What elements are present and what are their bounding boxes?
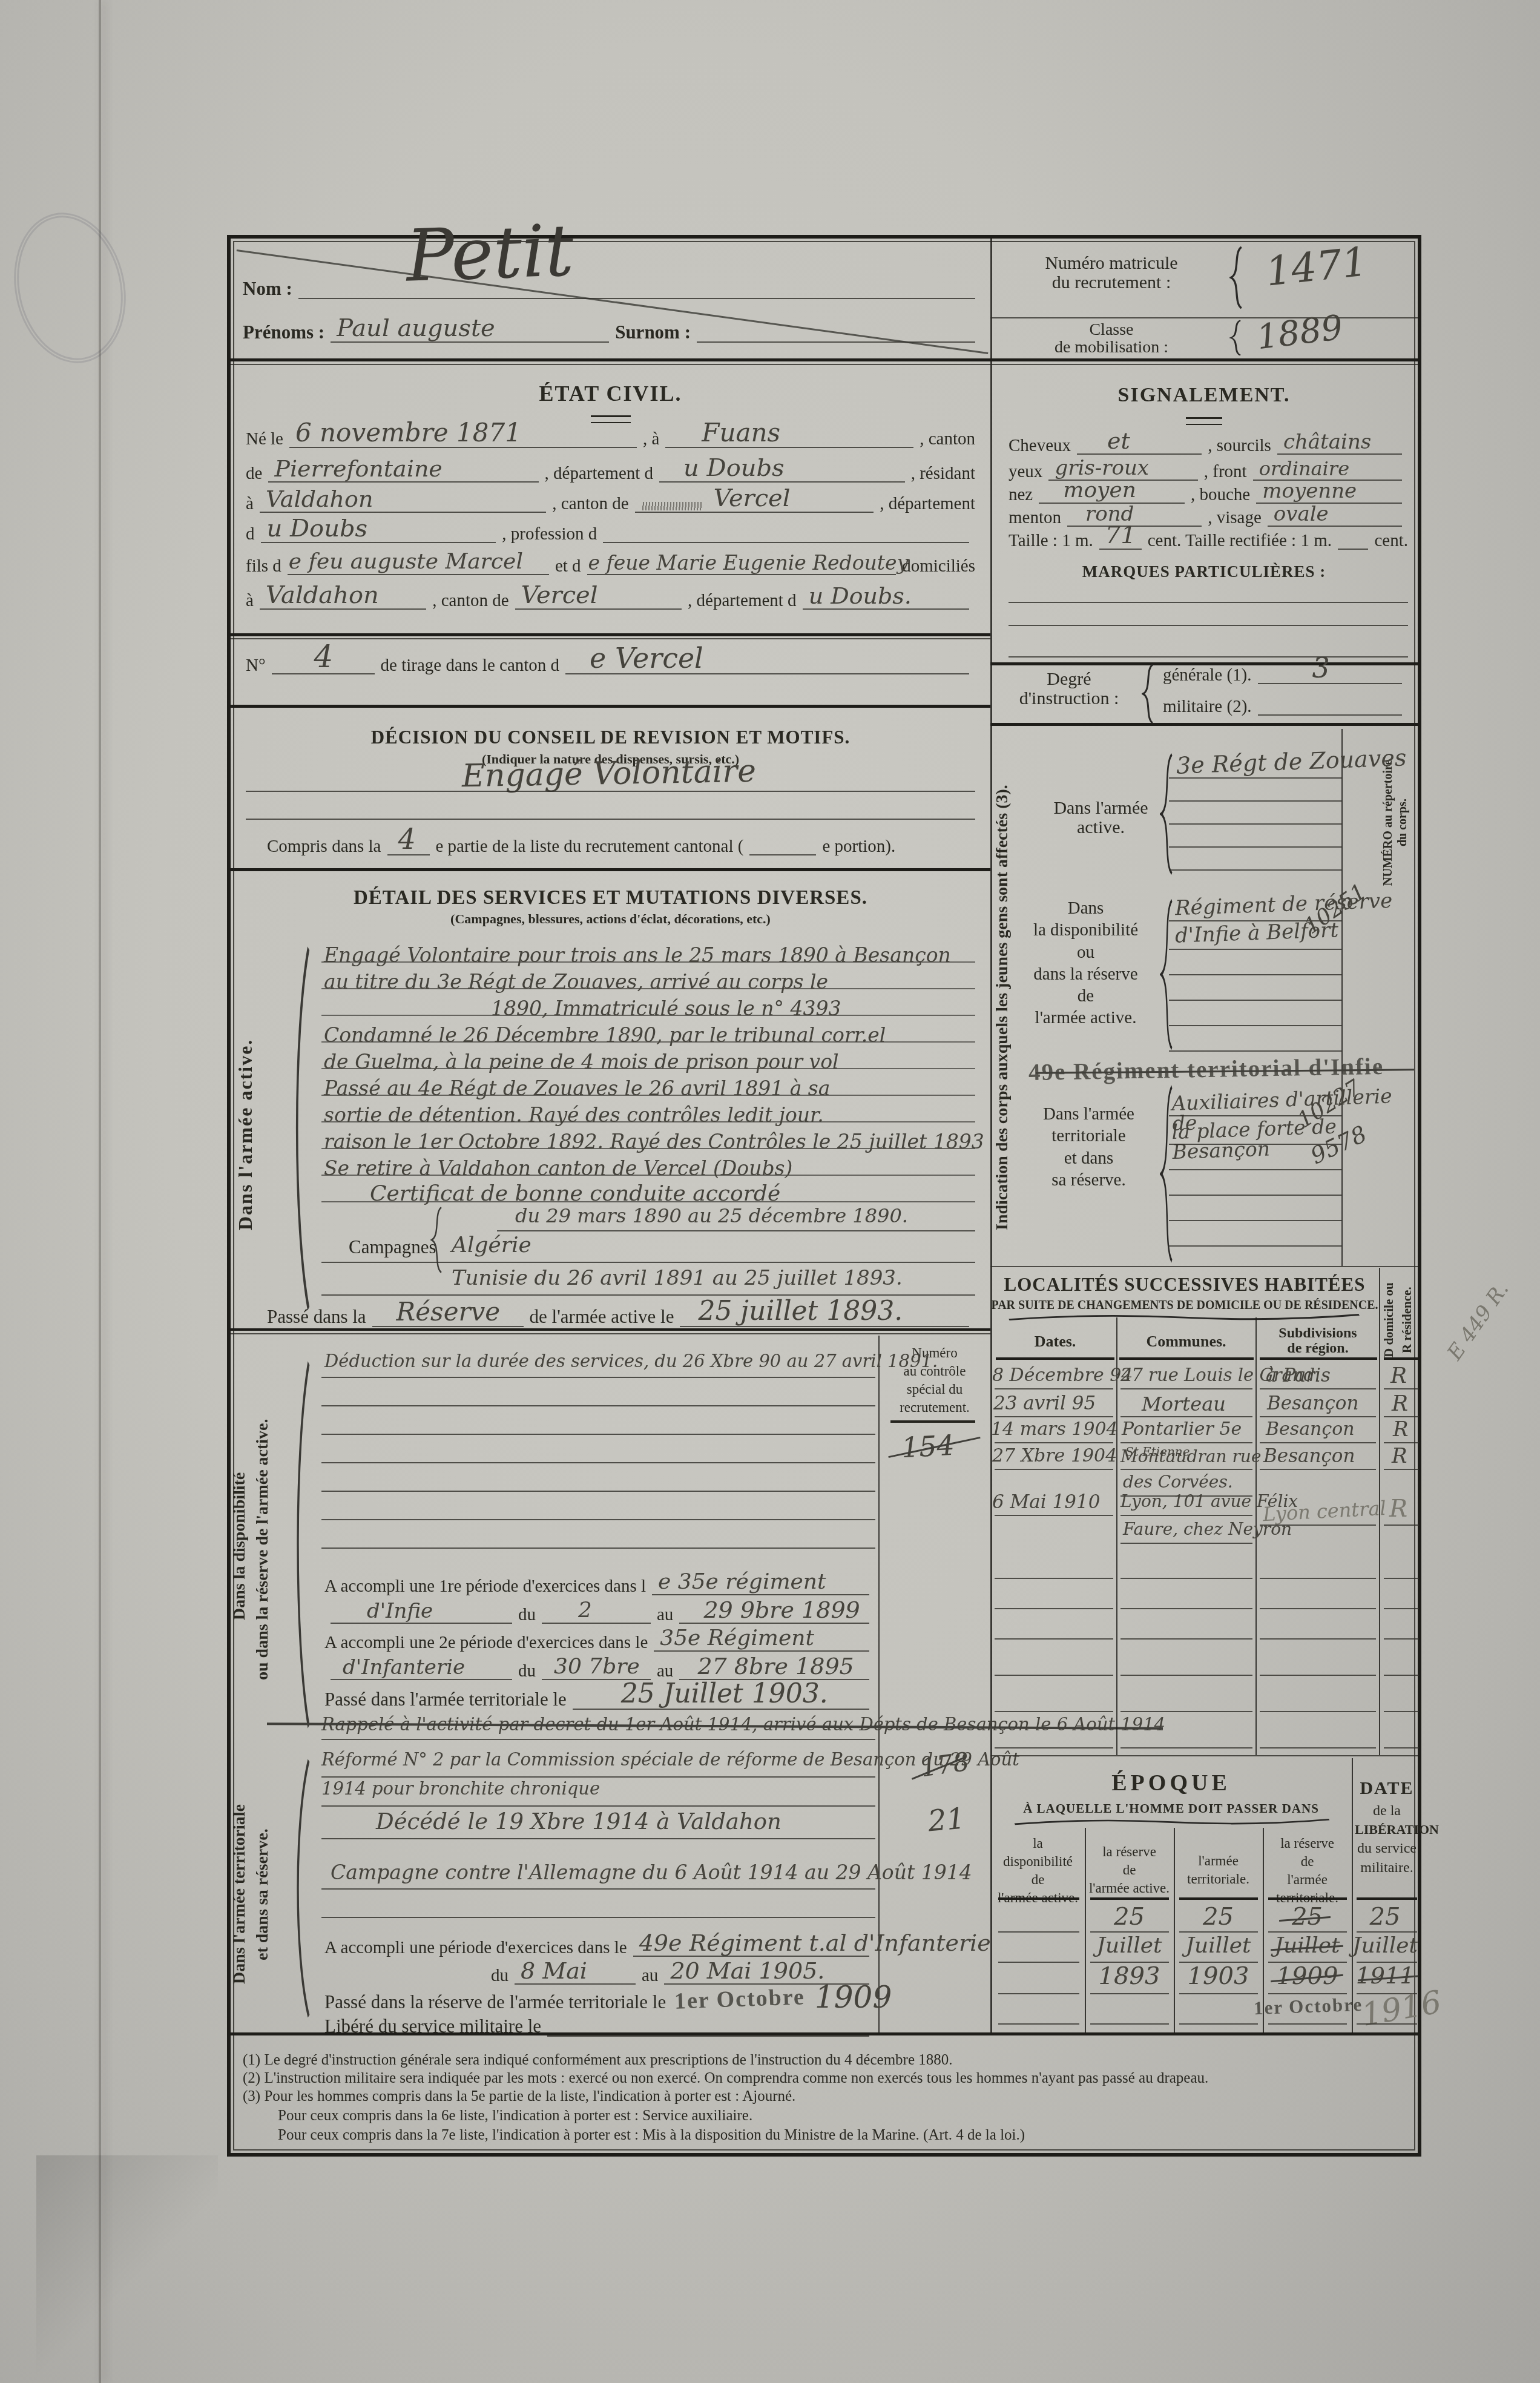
matricule-brace bbox=[1229, 246, 1243, 309]
localites-col-dates: Dates. bbox=[995, 1333, 1116, 1350]
loc-r5-dr-ul bbox=[1384, 1524, 1419, 1526]
armee-active-value: 3e Régt de Zouaves bbox=[1176, 746, 1406, 777]
canton1-label: , canton bbox=[920, 430, 975, 448]
date-h0: DATE bbox=[1355, 1776, 1419, 1801]
etat-civil-bottom-rule2 bbox=[231, 638, 990, 639]
periode49b-du: du bbox=[491, 1966, 508, 1985]
passe-terr-line: 25 Juillet 1903. bbox=[573, 1709, 869, 1710]
margin-21: 21 bbox=[927, 1804, 966, 1836]
localites-head-rule-1 bbox=[996, 1357, 1114, 1360]
compris-line: 4 bbox=[387, 854, 430, 855]
aa-line4 bbox=[1169, 846, 1341, 848]
sig-row3: nez moyen , bouche moyenne bbox=[1009, 484, 1408, 504]
degre-l2: d'instruction : bbox=[1002, 689, 1136, 708]
sourcils: châtains bbox=[1283, 432, 1371, 452]
bouche: moyenne bbox=[1262, 481, 1357, 501]
c2h0: la réserve bbox=[1088, 1843, 1171, 1861]
loc-blank bbox=[1384, 1711, 1419, 1712]
header-bottom-rule2 bbox=[231, 364, 1418, 365]
classe-label-l1: Classe bbox=[999, 321, 1223, 338]
loc-r3-subdiv-ul bbox=[1260, 1442, 1376, 1443]
service-line: sortie de détention. Rayé des contrôles … bbox=[321, 1095, 975, 1122]
taille: 71 bbox=[1105, 523, 1136, 547]
domicile-line: Valdahon bbox=[260, 608, 426, 610]
periode2-label: A accompli une 2e période d'exercices da… bbox=[324, 1633, 648, 1652]
canton-l2: , canton de bbox=[552, 495, 628, 513]
corps-side-label: Indication des corps auxquels les jeunes… bbox=[993, 753, 1018, 1262]
etat-civil-title-dash bbox=[591, 415, 631, 423]
periode49-line: 49e Régiment t.al d'Infanterie bbox=[633, 1956, 869, 1957]
loc-r5-subdiv-ul bbox=[1260, 1524, 1376, 1526]
campagnes-dates1: du 29 mars 1890 au 25 décembre 1890. bbox=[515, 1206, 908, 1225]
ne-le-label: Né le bbox=[246, 430, 283, 448]
loc-r4-date-ul bbox=[995, 1469, 1113, 1470]
degre-bottom-rule bbox=[990, 723, 1418, 726]
loc-r3-subdiv: Besançon bbox=[1266, 1420, 1355, 1439]
numero-side-label: NUMÉRO au répertoire du corps. bbox=[1381, 756, 1414, 889]
periode2b-corps-line: d'Infanterie bbox=[331, 1679, 512, 1680]
service-line: Se retire à Valdahon canton de Vercel (D… bbox=[321, 1148, 975, 1176]
epoque-date-divider bbox=[1352, 1758, 1353, 2032]
terr-side-label-2: et dans sa réserve. bbox=[254, 1764, 277, 2025]
periode2b-d1: 30 7bre bbox=[554, 1656, 640, 1678]
prenoms-label: Prénoms : bbox=[243, 323, 324, 343]
sig-row1: Cheveux et , sourcils châtains bbox=[1009, 435, 1408, 455]
periode2b-du: du bbox=[518, 1662, 536, 1680]
tirage-no-label: N° bbox=[246, 656, 266, 674]
menton-label: menton bbox=[1009, 509, 1061, 527]
ec-row6: à Valdahon , canton de Vercel , départem… bbox=[246, 589, 975, 610]
periode2b-row: d'Infanterie du 30 7bre au 27 8bre 1895 bbox=[324, 1658, 875, 1680]
periode49b-d1-line: 8 Mai bbox=[515, 1983, 636, 1985]
c2h2: l'armée active. bbox=[1088, 1879, 1171, 1897]
ec-row2: de Pierrefontaine , département d u Doub… bbox=[246, 462, 975, 483]
periode49b-d2: 20 Mai 1905. bbox=[670, 1959, 824, 1982]
degre-l1: Degré bbox=[1002, 670, 1136, 689]
compris-n: 4 bbox=[398, 825, 416, 853]
commune-res: Valdahon bbox=[266, 487, 373, 510]
dispo-side-label-2: ou dans la réserve de l'armée active. bbox=[254, 1362, 277, 1737]
d1-label: d bbox=[246, 525, 255, 543]
terr-label: Dans l'armée territoriale et dans sa rés… bbox=[1024, 1103, 1154, 1191]
page-fold-line bbox=[99, 0, 101, 2383]
epoque-title: ÉPOQUE bbox=[990, 1772, 1352, 1796]
c1h1: disponibilité bbox=[995, 1853, 1081, 1871]
ep-c3-v2: 1903 bbox=[1177, 1964, 1260, 1988]
marques-line2 bbox=[1009, 625, 1408, 626]
dept3-line: u Doubs. bbox=[803, 608, 969, 610]
campagnes-dates1-line bbox=[497, 1230, 975, 1231]
loc-r2-subdiv-ul bbox=[1260, 1416, 1376, 1417]
marques-line1 bbox=[1009, 602, 1408, 603]
etat-civil-bottom-rule bbox=[231, 633, 990, 636]
ep-ul bbox=[1090, 1993, 1169, 1994]
c2h1: de bbox=[1088, 1861, 1171, 1879]
loc-blank bbox=[995, 1578, 1113, 1579]
content-bottom-rule bbox=[231, 2032, 1418, 2035]
surnom-label: Surnom : bbox=[615, 323, 691, 343]
c3h1: territoriale. bbox=[1177, 1870, 1260, 1888]
localites-top-rule bbox=[990, 1266, 1418, 1267]
ep-ul bbox=[1179, 1931, 1258, 1933]
aa-line2 bbox=[1169, 800, 1341, 802]
controle-label-rule bbox=[890, 1420, 975, 1423]
periode49-label: A accompli une période d'exercices dans … bbox=[324, 1939, 627, 1957]
loc-r4-date: 27 Xbre 1904 bbox=[992, 1447, 1117, 1465]
loc-blank bbox=[1384, 1638, 1419, 1640]
localites-col-sub2: de région. bbox=[1258, 1341, 1378, 1356]
decision-title: DÉCISION DU CONSEIL DE REVISION ET MOTIF… bbox=[231, 728, 990, 748]
dispo-l5: de bbox=[1018, 985, 1154, 1007]
matricule-label-l2: du recrutement : bbox=[999, 273, 1223, 292]
terr-l2: territoriale bbox=[1024, 1125, 1154, 1147]
dispo-big-brace bbox=[291, 1356, 312, 1734]
campagne-tunisie: Tunisie du 26 avril 1891 au 25 juillet 1… bbox=[452, 1268, 903, 1288]
reforme-ul1 bbox=[321, 1776, 875, 1778]
dispo-blank-2 bbox=[321, 1434, 875, 1435]
loc-blank bbox=[1384, 1747, 1419, 1749]
militaire-label: militaire (2). bbox=[1163, 697, 1252, 716]
compris-row: Compris dans la 4 e partie de la liste d… bbox=[267, 835, 957, 855]
decede-line bbox=[321, 1838, 875, 1839]
front-label: , front bbox=[1204, 463, 1247, 481]
periode1b-du: du bbox=[518, 1606, 536, 1624]
loc-r2-commune-ul bbox=[1120, 1416, 1252, 1417]
ep-d-v1: Juillet bbox=[1352, 1935, 1418, 1957]
numero-strip-divider bbox=[1341, 729, 1343, 1266]
ep-ul bbox=[1090, 1931, 1169, 1933]
loc-r2-subdiv: Besançon bbox=[1267, 1394, 1358, 1413]
periode49-value: 49e Régiment t.al d'Infanterie bbox=[639, 1931, 991, 1954]
loc-blank bbox=[1120, 1638, 1252, 1640]
classe-label: Classe de mobilisation : bbox=[999, 321, 1223, 357]
epoque-div1 bbox=[1085, 1828, 1086, 2032]
loc-blank bbox=[1260, 1578, 1376, 1579]
sig-row5: Taille : 1 m. 71 cent. Taille rectifiée … bbox=[1009, 530, 1408, 550]
decision-line1 bbox=[246, 791, 975, 792]
epoque-head-rule-5 bbox=[1357, 1897, 1417, 1900]
passe-reserve-value: Réserve bbox=[397, 1299, 501, 1325]
periode1-value: e 35e régiment bbox=[658, 1571, 826, 1593]
reforme-line2: 1914 pour bronchite chronique bbox=[321, 1780, 600, 1798]
loc-blank bbox=[1120, 1675, 1252, 1676]
degre-brace bbox=[1142, 664, 1154, 724]
date-h3: du service bbox=[1355, 1839, 1419, 1858]
localites-col-communes: Communes. bbox=[1118, 1333, 1254, 1350]
services-brace bbox=[290, 941, 312, 1316]
loc-blank bbox=[1120, 1608, 1252, 1609]
ep-c2-v1: Juillet bbox=[1088, 1935, 1171, 1957]
loc-r4-subdiv-ul bbox=[1260, 1469, 1376, 1470]
loc-blank bbox=[995, 1675, 1113, 1676]
dept2: u Doubs bbox=[267, 516, 368, 541]
ne-lieu-line: Fuans bbox=[665, 447, 913, 448]
services-subtitle: (Campagnes, blessures, actions d'éclat, … bbox=[231, 912, 990, 926]
c3h0: l'armée bbox=[1177, 1852, 1260, 1870]
loc-r5-subdiv: Lyon central bbox=[1262, 1498, 1386, 1524]
loc-r5-commune2-ul bbox=[1120, 1543, 1252, 1544]
ep-ul bbox=[1357, 1931, 1417, 1933]
service-line: raison le 1er Octobre 1892. Rayé des Con… bbox=[321, 1121, 975, 1149]
terr-line6 bbox=[1169, 1245, 1341, 1247]
pere-line: e feu auguste Marcel bbox=[288, 574, 549, 575]
ep-ul bbox=[998, 1962, 1079, 1963]
periode1b-au: au bbox=[657, 1606, 673, 1624]
periode1b-corps-line: d'Infie bbox=[331, 1623, 512, 1624]
epoque-top-rule bbox=[990, 1755, 1418, 1756]
periode1-line: e 35e régiment bbox=[652, 1594, 869, 1595]
a3-label: à bbox=[246, 592, 254, 610]
loc-r5-date: 6 Mai 1910 bbox=[992, 1493, 1100, 1512]
epoque-flourish bbox=[1012, 1818, 1332, 1825]
localites-col-subdiv: Subdivisions de région. bbox=[1258, 1326, 1378, 1356]
ne-date-line: 6 novembre 1871 bbox=[289, 447, 637, 448]
sourcils-label: , sourcils bbox=[1208, 437, 1271, 455]
tirage-no-line: 4 bbox=[272, 673, 375, 674]
loc-r1-date-ul bbox=[995, 1388, 1113, 1389]
dispo-l3: ou bbox=[1018, 941, 1154, 963]
passe-reserve-line: Réserve bbox=[372, 1326, 524, 1327]
loc-r4-commune: Montaudran rue bbox=[1120, 1448, 1261, 1465]
epoque-col4-header: la réserve de l'armée territoriale. bbox=[1266, 1834, 1349, 1907]
loc-r2-commune: Morteau bbox=[1142, 1394, 1226, 1414]
loc-blank bbox=[1260, 1638, 1376, 1640]
dispo-label: Dans la disponibilité ou dans la réserve… bbox=[1018, 897, 1154, 1029]
name-handwritten: Petit bbox=[405, 214, 574, 292]
periode1-label: A accompli une 1re période d'exercices d… bbox=[324, 1577, 646, 1595]
ep-ul bbox=[1090, 2023, 1169, 2025]
loc-r1-commune-ul bbox=[1120, 1388, 1252, 1389]
marques-line3 bbox=[1009, 656, 1408, 658]
dept-l1: , département d bbox=[545, 464, 654, 483]
canton-orig-line: Pierrefontaine bbox=[268, 481, 538, 483]
passe-l2: de l'armée active le bbox=[530, 1307, 674, 1327]
libere-line bbox=[547, 2035, 869, 2037]
service-line: Condamné le 26 Décembre 1890, par le tri… bbox=[321, 1015, 975, 1043]
dispo-blank-5 bbox=[321, 1519, 875, 1520]
dispo-blank-4 bbox=[321, 1491, 875, 1492]
date-h2: LIBÉRATION bbox=[1355, 1821, 1419, 1839]
periode1-row: A accompli une 1re période d'exercices d… bbox=[324, 1574, 875, 1595]
terr-brace bbox=[1160, 1083, 1173, 1265]
periode2b-corps: d'Infanterie bbox=[343, 1657, 465, 1678]
form-sheet: Petit Nom : Prénoms : Paul auguste Surno… bbox=[227, 235, 1421, 2157]
terr-big-brace bbox=[291, 1755, 312, 2022]
matricule-value: 1471 bbox=[1264, 242, 1369, 292]
localites-head-rule-2 bbox=[1119, 1357, 1254, 1360]
periode2b-d2: 27 8bre 1895 bbox=[697, 1655, 854, 1678]
generale-label: générale (1). bbox=[1163, 666, 1252, 684]
periode2-value: 35e Régiment bbox=[660, 1627, 814, 1649]
fils-label: fils d bbox=[246, 557, 281, 575]
controle-value: 154 bbox=[901, 1431, 955, 1462]
services-side-label: Dans l'armée active. bbox=[235, 953, 261, 1316]
matricule-classe-divider bbox=[990, 317, 1418, 318]
loc-blank bbox=[1260, 1675, 1376, 1676]
loc-r4-commune-ul bbox=[1120, 1469, 1252, 1470]
ep-ul bbox=[998, 1993, 1079, 1994]
crossed-word bbox=[641, 502, 702, 510]
dispo-l2: la disponibilité bbox=[1018, 919, 1154, 941]
passe-l1: Passé dans la bbox=[267, 1307, 366, 1327]
compris-l3: e portion). bbox=[822, 837, 895, 855]
loc-r2-dr: R bbox=[1392, 1393, 1408, 1415]
dispo-blank-3 bbox=[321, 1462, 875, 1463]
reserve-terr-year: 1909 bbox=[815, 1982, 892, 2012]
loc-r1-date: 8 Décembre 94 bbox=[992, 1366, 1133, 1385]
localites-col-dr1: D domicile ou bbox=[1382, 1271, 1400, 1368]
ep-ul bbox=[1268, 1931, 1347, 1933]
periode1b-d2: 29 9bre 1899 bbox=[703, 1598, 860, 1621]
yeux: gris-roux bbox=[1055, 458, 1149, 478]
dispo-l4: dans la réserve bbox=[1018, 963, 1154, 985]
loc-r4-dr: R bbox=[1392, 1446, 1407, 1466]
decision-line2 bbox=[246, 819, 975, 820]
compris-l2: e partie de la liste du recrutement cant… bbox=[436, 837, 744, 855]
terr-line5 bbox=[1169, 1220, 1341, 1221]
loc-blank bbox=[1260, 1747, 1376, 1749]
loc-r3-dr: R bbox=[1393, 1419, 1409, 1440]
signalement-title-dash bbox=[1186, 417, 1222, 425]
ep-c4-v0: 25 bbox=[1266, 1905, 1349, 1929]
localites-flourish bbox=[1005, 1313, 1363, 1321]
service-text-9: Certificat de bonne conduite accordé bbox=[370, 1183, 780, 1205]
periode1b-d2-line: 29 9bre 1899 bbox=[679, 1623, 869, 1624]
ec-row5: fils d e feu auguste Marcel et d e feue … bbox=[246, 555, 975, 575]
dept3: u Doubs. bbox=[809, 584, 912, 607]
loc-r4-subdiv: Besançon bbox=[1263, 1447, 1355, 1466]
controle-l4: recrutement. bbox=[883, 1399, 986, 1417]
loc-r1-dr: R bbox=[1390, 1365, 1407, 1387]
reserve-terr-stamp: 1er Octobre bbox=[674, 1983, 805, 2015]
nom-label: Nom : bbox=[243, 279, 292, 299]
controle-l3: spécial du bbox=[883, 1380, 986, 1399]
ep-c2-v2: 1893 bbox=[1088, 1964, 1171, 1988]
et-label: et d bbox=[555, 557, 581, 575]
epoque-col2-header: la réserve de l'armée active. bbox=[1088, 1843, 1171, 1897]
passe-date: 25 juillet 1893. bbox=[698, 1298, 903, 1325]
armee-active-brace bbox=[1160, 752, 1173, 876]
loc-r2-date-ul bbox=[995, 1416, 1113, 1417]
periode1b-row: d'Infie du 2 au 29 9bre 1899 bbox=[324, 1602, 875, 1624]
pere-value: e feu auguste Marcel bbox=[289, 551, 523, 573]
degre-militaire-row: militaire (2). bbox=[1163, 697, 1408, 716]
a1-label: , à bbox=[643, 430, 659, 448]
c4h2: l'armée bbox=[1266, 1871, 1349, 1889]
commune-res-line: Valdahon bbox=[260, 512, 546, 513]
services-bottom-rule2 bbox=[231, 1333, 990, 1334]
margin-note: E 449 R. bbox=[1444, 1279, 1513, 1364]
canton3-line: Vercel bbox=[515, 608, 682, 610]
loc-blank bbox=[1120, 1747, 1252, 1749]
taille-rect-line bbox=[1338, 549, 1369, 550]
dept-l2: , département bbox=[880, 495, 975, 513]
dispo-blank-1 bbox=[321, 1405, 875, 1406]
loc-blank bbox=[1120, 1711, 1252, 1712]
profession-label: , profession d bbox=[502, 525, 597, 543]
corner-fold-shadow bbox=[36, 2155, 218, 2383]
epoque-col1-header: la disponibilité de l'armée active. bbox=[995, 1834, 1081, 1907]
campagnes-brace bbox=[430, 1206, 443, 1274]
domicilies-label: domiciliés bbox=[902, 557, 975, 575]
ep-c2-v0: 25 bbox=[1088, 1905, 1171, 1929]
ne-lieu: Fuans bbox=[702, 420, 780, 446]
nez: moyen bbox=[1063, 480, 1136, 501]
date-h4: militaire. bbox=[1355, 1858, 1419, 1877]
service-line: Engagé Volontaire pour trois ans le 25 m… bbox=[321, 935, 975, 963]
periode49-row: A accompli une période d'exercices dans … bbox=[324, 1934, 875, 1957]
terr-line3 bbox=[1169, 1169, 1341, 1170]
ep-ul bbox=[998, 1931, 1079, 1933]
compris-l1: Compris dans la bbox=[267, 837, 381, 855]
loc-blank bbox=[1260, 1711, 1376, 1712]
compris-portion-line bbox=[749, 854, 816, 855]
footnote-5: Pour ceux compris dans la 7e liste, l'in… bbox=[278, 2128, 1410, 2143]
loc-blank bbox=[995, 1747, 1113, 1749]
epoque-head-rule-3 bbox=[1179, 1897, 1258, 1900]
visage-line: ovale bbox=[1268, 526, 1402, 527]
services-bottom-rule bbox=[231, 1328, 990, 1331]
loc-r5-dr: R bbox=[1389, 1497, 1407, 1521]
nez-label: nez bbox=[1009, 486, 1033, 504]
loc-blank bbox=[1120, 1578, 1252, 1579]
localites-head-rule-4 bbox=[1384, 1357, 1418, 1360]
loc-r3-commune: Pontarlier 5e bbox=[1122, 1420, 1242, 1439]
classe-value: 1889 bbox=[1255, 311, 1344, 355]
degre-label: Degré d'instruction : bbox=[1002, 670, 1136, 708]
reserve-terr-row: Passé dans la réserve de l'armée territo… bbox=[324, 1988, 875, 2012]
tirage-bottom-rule bbox=[231, 705, 990, 708]
dispo-l1: Dans bbox=[1018, 897, 1154, 919]
c4h0: la réserve bbox=[1266, 1834, 1349, 1853]
tirage-canton-line: e Vercel bbox=[565, 673, 969, 674]
tirage-canton: e Vercel bbox=[590, 644, 703, 672]
epoque-col3-header: l'armée territoriale. bbox=[1177, 1852, 1260, 1888]
terr-l1: Dans l'armée bbox=[1024, 1103, 1154, 1125]
ec-row1: Né le 6 novembre 1871 , à Fuans , canton bbox=[246, 427, 975, 448]
service-line: au titre du 3e Régt de Zouaves, arrivé a… bbox=[321, 961, 975, 989]
dispo-line4 bbox=[1169, 1000, 1341, 1001]
ep-c3-v1: Juillet bbox=[1177, 1935, 1260, 1957]
loc-r2-date: 23 avril 95 bbox=[993, 1394, 1096, 1413]
nom-row: Nom : bbox=[243, 281, 981, 299]
cheveux-label: Cheveux bbox=[1009, 437, 1071, 455]
loc-r5-commune-ul bbox=[1120, 1515, 1252, 1516]
militaire-line bbox=[1258, 714, 1402, 716]
reserve-terr-label: Passé dans la réserve de l'armée territo… bbox=[324, 1992, 666, 2012]
cheveux-line: et bbox=[1077, 453, 1202, 455]
surnom-line bbox=[697, 341, 975, 343]
signalement-title: SIGNALEMENT. bbox=[990, 384, 1418, 406]
loc-r1-dr-ul bbox=[1384, 1388, 1419, 1389]
ec-row3: à Valdahon , canton de Vercel , départem… bbox=[246, 492, 975, 513]
matricule-label-l1: Numéro matricule bbox=[999, 254, 1223, 273]
etat-civil-title: ÉTAT CIVIL. bbox=[231, 383, 990, 406]
front: ordinaire bbox=[1259, 459, 1349, 478]
marques-label: MARQUES PARTICULIÈRES : bbox=[990, 563, 1418, 580]
c4h1: de bbox=[1266, 1853, 1349, 1871]
dispo-line5 bbox=[1169, 1025, 1341, 1026]
decision-bottom-rule bbox=[231, 868, 990, 871]
degre-generale-row: générale (1). 3 bbox=[1163, 666, 1408, 684]
periode1b-corps: d'Infie bbox=[367, 1601, 433, 1621]
campagne-algerie: Algérie bbox=[452, 1234, 531, 1256]
service-line: de Guelma, à la peine de 4 mois de priso… bbox=[321, 1041, 975, 1069]
deduction-line bbox=[321, 1377, 875, 1378]
periode1b-d1: 2 bbox=[578, 1600, 592, 1621]
epoque-head-rule-2 bbox=[1090, 1897, 1169, 1900]
ep-ul bbox=[1179, 2023, 1258, 2025]
